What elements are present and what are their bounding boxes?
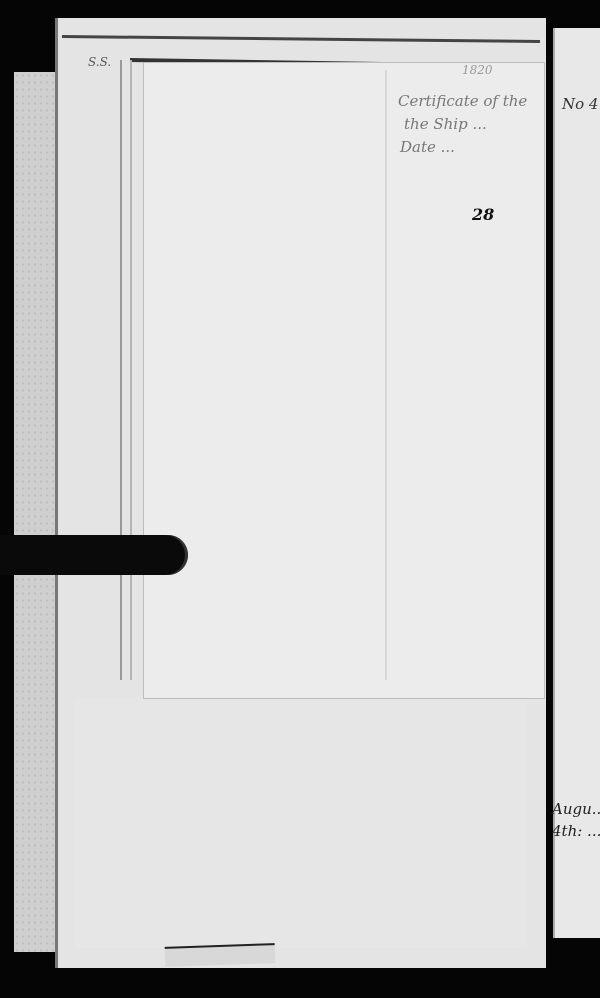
certificate-card [143,62,545,699]
page-edge-line [130,60,132,680]
endorsement-line-3: Date ... [400,138,455,156]
card-fold-line [385,70,387,680]
right-page-fragment-line2: 4th: ... [552,822,600,840]
page-edge-line [120,60,122,680]
endorsement-line-2: the Ship ... [404,115,487,133]
right-page-fragment-line1: Augu... [552,800,600,818]
lower-page [75,698,527,948]
folder-label: S.S. [88,55,111,69]
endorsement-line-1: Certificate of the [398,92,527,110]
number-mark: 28 [472,205,494,224]
year-text: 1820 [462,63,493,77]
folder-tab [165,943,276,967]
binder-clip [0,535,188,575]
right-page-fragment-top: No 4... [562,95,600,113]
